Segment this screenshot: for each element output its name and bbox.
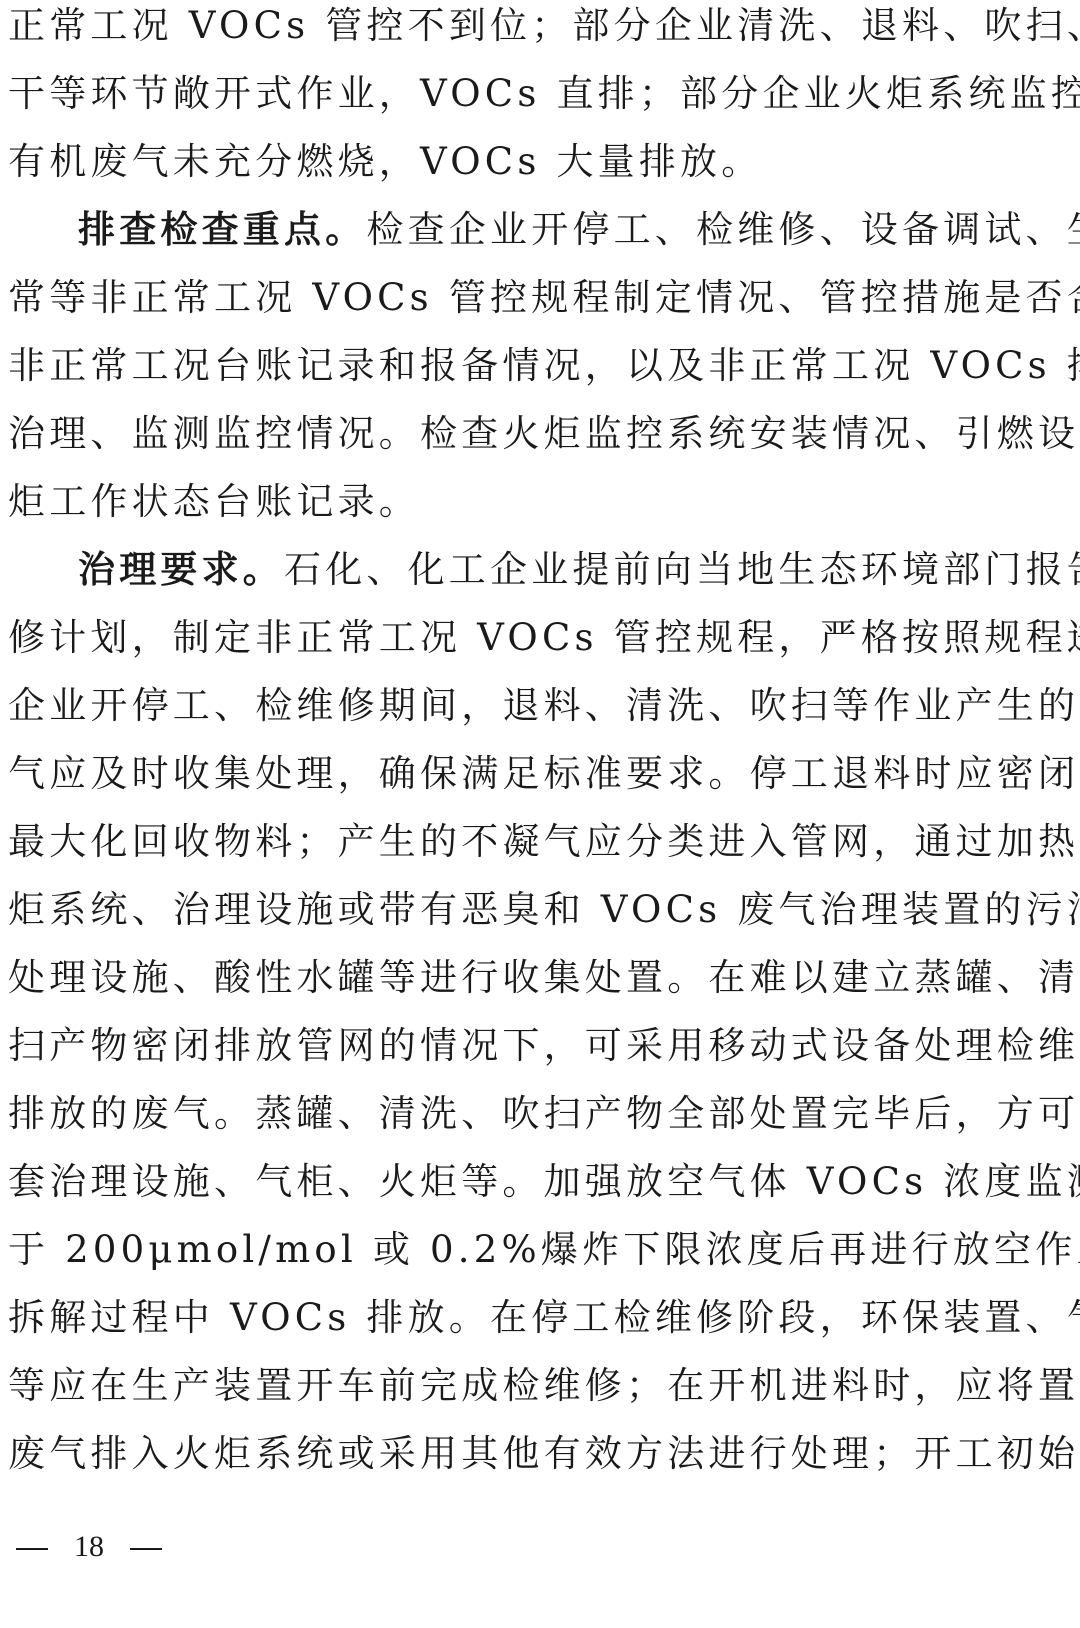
line-text: 拆解过程中 VOCs 排放。在停工检维修阶段，环保装置、气柜、火炬 [8,1296,1080,1339]
line-text: 治理、监测监控情况。检查火炬监控系统安装情况、引燃设施和火 [8,412,1080,455]
text-line: 修计划，制定非正常工况 VOCs 管控规程，严格按照规程进行操作。 [8,616,1072,660]
text-line: 废气排入火炬系统或采用其他有效方法进行处理；开工初始阶段产 [8,1432,1072,1476]
page-number: 18 [74,1527,104,1567]
text-line: 炬系统、治理设施或带有恶臭和 VOCs 废气治理装置的污油罐、污水 [8,888,1072,932]
footer-dash-right [130,1548,162,1550]
line-text: 废气排入火炬系统或采用其他有效方法进行处理；开工初始阶段产 [8,1432,1080,1475]
line-text: 最大化回收物料；产生的不凝气应分类进入管网，通过加热炉、火 [8,820,1080,863]
text-line: 扫产物密闭排放管网的情况下，可采用移动式设备处理检维修过程 [8,1024,1072,1068]
text-line: 非正常工况台账记录和报备情况，以及非正常工况 VOCs 排放收集、 [8,344,1072,388]
line-text: 等应在生产装置开车前完成检维修；在开机进料时，应将置换出的 [8,1364,1080,1407]
line-text: 非正常工况台账记录和报备情况，以及非正常工况 VOCs 排放收集、 [8,344,1080,387]
text-line: 企业开停工、检维修期间，退料、清洗、吹扫等作业产生的 VOCs 废 [8,684,1072,728]
line-text: 气应及时收集处理，确保满足标准要求。停工退料时应密闭吹扫， [8,752,1080,795]
line-text: 修计划，制定非正常工况 VOCs 管控规程，严格按照规程进行操作。 [8,616,1080,659]
line-text: 检查企业开停工、检维修、设备调试、生产异 [366,208,1080,251]
line-text: 排放的废气。蒸罐、清洗、吹扫产物全部处置完毕后，方可停运配 [8,1092,1080,1135]
line-text: 炬系统、治理设施或带有恶臭和 VOCs 废气治理装置的污油罐、污水 [8,888,1080,931]
text-line: 干等环节敞开式作业，VOCs 直排；部分企业火炬系统监控不到位， [8,72,1072,116]
section-heading: 治理要求。 [78,548,284,591]
text-line: 炬工作状态台账记录。 [8,480,1072,524]
paragraph-start-line: 排查检查重点。检查企业开停工、检维修、设备调试、生产异 [78,208,1072,252]
text-line: 排放的废气。蒸罐、清洗、吹扫产物全部处置完毕后，方可停运配 [8,1092,1072,1136]
line-text: 常等非正常工况 VOCs 管控规程制定情况、管控措施是否合理有效、 [8,276,1080,319]
line-text: 企业开停工、检维修期间，退料、清洗、吹扫等作业产生的 VOCs 废 [8,684,1080,727]
line-text: 石化、化工企业提前向当地生态环境部门报告检维 [284,548,1080,591]
text-line: 拆解过程中 VOCs 排放。在停工检维修阶段，环保装置、气柜、火炬 [8,1296,1072,1340]
line-text: 处理设施、酸性水罐等进行收集处置。在难以建立蒸罐、清洗、吹 [8,956,1080,999]
line-text: 有机废气未充分燃烧，VOCs 大量排放。 [8,140,762,183]
text-line: 最大化回收物料；产生的不凝气应分类进入管网，通过加热炉、火 [8,820,1072,864]
document-page: 正常工况 VOCs 管控不到位；部分企业清洗、退料、吹扫、放空、晾 干等环节敞开… [0,0,1080,1628]
text-line: 套治理设施、气柜、火炬等。加强放空气体 VOCs 浓度监测，一般低 [8,1160,1072,1204]
text-line: 于 200μmol/mol 或 0.2%爆炸下限浓度后再进行放空作业，减少设备 [8,1228,1072,1272]
line-text: 炬工作状态台账记录。 [8,480,420,523]
text-line: 气应及时收集处理，确保满足标准要求。停工退料时应密闭吹扫， [8,752,1072,796]
line-text: 正常工况 VOCs 管控不到位；部分企业清洗、退料、吹扫、放空、晾 [8,4,1080,47]
text-line: 正常工况 VOCs 管控不到位；部分企业清洗、退料、吹扫、放空、晾 [8,4,1072,48]
text-line: 处理设施、酸性水罐等进行收集处置。在难以建立蒸罐、清洗、吹 [8,956,1072,1000]
text-line: 等应在生产装置开车前完成检维修；在开机进料时，应将置换出的 [8,1364,1072,1408]
text-line: 治理、监测监控情况。检查火炬监控系统安装情况、引燃设施和火 [8,412,1072,456]
footer-dash-left [16,1548,48,1550]
paragraph-start-line: 治理要求。石化、化工企业提前向当地生态环境部门报告检维 [78,548,1072,592]
text-line: 常等非正常工况 VOCs 管控规程制定情况、管控措施是否合理有效、 [8,276,1072,320]
section-heading: 排查检查重点。 [78,208,366,251]
line-text: 扫产物密闭排放管网的情况下，可采用移动式设备处理检维修过程 [8,1024,1080,1067]
text-line: 有机废气未充分燃烧，VOCs 大量排放。 [8,140,1072,184]
line-text: 套治理设施、气柜、火炬等。加强放空气体 VOCs 浓度监测，一般低 [8,1160,1080,1203]
line-text: 于 200μmol/mol 或 0.2%爆炸下限浓度后再进行放空作业，减少设备 [8,1228,1080,1271]
line-text: 干等环节敞开式作业，VOCs 直排；部分企业火炬系统监控不到位， [8,72,1080,115]
page-footer: 18 [12,1527,166,1567]
